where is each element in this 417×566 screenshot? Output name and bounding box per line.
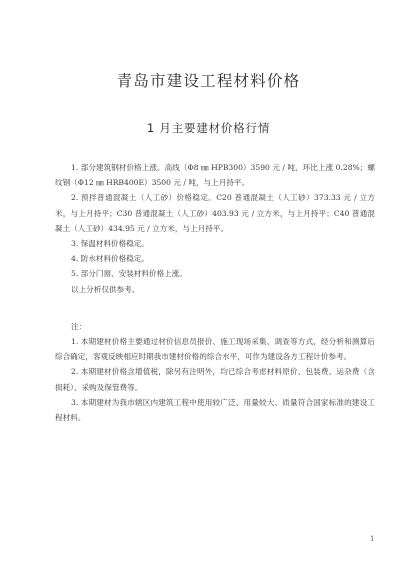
paragraph-waterproof: 4. 防水材料价格稳定。 bbox=[55, 251, 375, 266]
note-1: 1. 本期建材价格主要通过材价信息员报价、施工现场采集、调查等方式，经分析和测算… bbox=[55, 334, 375, 364]
document-title: 青岛市建设工程材料价格 bbox=[0, 69, 417, 91]
note-3: 3. 本期建材为我市辖区内建筑工程中使用较广泛、用量较大、质量符合国家标准的建设… bbox=[55, 395, 375, 425]
paragraph-insulation: 3. 保温材料价格稳定。 bbox=[55, 236, 375, 251]
page-number: 1 bbox=[370, 535, 374, 543]
paragraph-reference: 以上分析仅供参考。 bbox=[55, 282, 375, 297]
spacer bbox=[55, 297, 375, 319]
document-page: 青岛市建设工程材料价格 1 月主要建材价格行情 1. 部分建筑钢材价格上涨。高线… bbox=[0, 0, 417, 566]
document-body: 1. 部分建筑钢材价格上涨。高线（Φ8 ㎜ HPB300）3590 元 / 吨，… bbox=[55, 160, 375, 425]
notes-label: 注： bbox=[55, 319, 375, 334]
document-subtitle: 1 月主要建材价格行情 bbox=[0, 120, 417, 136]
paragraph-doors-windows: 5. 部分门窗、安装材料价格上涨。 bbox=[55, 266, 375, 281]
paragraph-steel: 1. 部分建筑钢材价格上涨。高线（Φ8 ㎜ HPB300）3590 元 / 吨，… bbox=[55, 160, 375, 190]
note-2: 2. 本期建材价格含增值税，除另有注明外，均已综合考虑材料原价、包装费、运杂费（… bbox=[55, 364, 375, 394]
paragraph-concrete: 2. 预拌普通混凝土（人工砂）价格稳定。C20 普通混凝土（人工砂）373.33… bbox=[55, 190, 375, 236]
